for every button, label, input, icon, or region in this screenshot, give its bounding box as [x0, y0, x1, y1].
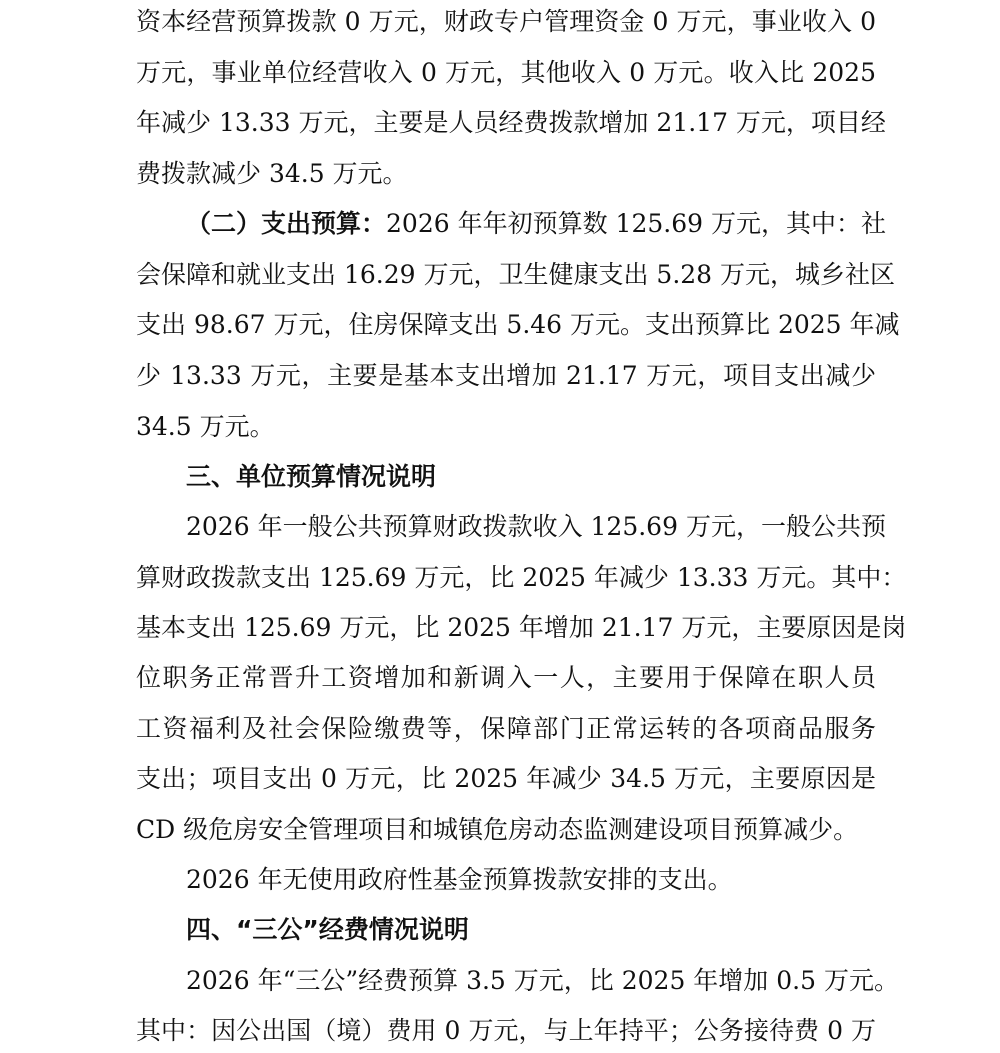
section-three-p1-line-1: 2026 年一般公共预算财政拨款收入 125.69 万元，一般公共预: [186, 505, 876, 549]
expenditure-paragraph-line-1: （二）支出预算：2026 年年初预算数 125.69 万元，其中：社: [186, 202, 876, 246]
section-three-heading: 三、单位预算情况说明: [186, 455, 876, 499]
expenditure-paragraph-line-5: 34.5 万元。: [136, 405, 876, 449]
section-three-p1-line-4: 位职务正常晋升工资增加和新调入一人，主要用于保障在职人员: [136, 656, 876, 700]
section-three-p1-line-6: 支出；项目支出 0 万元，比 2025 年减少 34.5 万元，主要原因是: [136, 757, 876, 801]
document-page: 资本经营预算拨款 0 万元，财政专户管理资金 0 万元，事业收入 0 万元，事业…: [0, 0, 1000, 1053]
income-paragraph-line-3: 年减少 13.33 万元，主要是人员经费拨款增加 21.17 万元，项目经: [136, 101, 876, 145]
expenditure-paragraph-line-4: 少 13.33 万元，主要是基本支出增加 21.17 万元，项目支出减少: [136, 354, 876, 398]
expenditure-lead-label: （二）支出预算：: [186, 209, 386, 238]
section-three-p1-line-5: 工资福利及社会保险缴费等，保障部门正常运转的各项商品服务: [136, 707, 876, 751]
income-paragraph-line-1: 资本经营预算拨款 0 万元，财政专户管理资金 0 万元，事业收入 0: [136, 0, 876, 44]
section-three-p1-line-3: 基本支出 125.69 万元，比 2025 年增加 21.17 万元，主要原因是…: [136, 606, 876, 650]
section-three-p1-line-7: CD 级危房安全管理项目和城镇危房动态监测建设项目预算减少。: [136, 808, 876, 852]
expenditure-paragraph-line-3: 支出 98.67 万元，住房保障支出 5.46 万元。支出预算比 2025 年减: [136, 303, 876, 347]
income-paragraph-line-2: 万元，事业单位经营收入 0 万元，其他收入 0 万元。收入比 2025: [136, 51, 876, 95]
section-four-p1-line-1: 2026 年“三公”经费预算 3.5 万元，比 2025 年增加 0.5 万元。: [186, 959, 876, 1003]
section-three-p2-line-1: 2026 年无使用政府性基金预算拨款安排的支出。: [186, 858, 876, 902]
section-four-p1-line-2: 其中：因公出国（境）费用 0 万元，与上年持平；公务接待费 0 万: [136, 1009, 876, 1053]
income-paragraph-line-4: 费拨款减少 34.5 万元。: [136, 152, 876, 196]
section-four-heading: 四、“三公”经费情况说明: [186, 908, 876, 952]
expenditure-paragraph-line-2: 会保障和就业支出 16.29 万元，卫生健康支出 5.28 万元，城乡社区: [136, 253, 876, 297]
expenditure-line-1-text: 2026 年年初预算数 125.69 万元，其中：社: [386, 209, 886, 238]
section-three-p1-line-2: 算财政拨款支出 125.69 万元，比 2025 年减少 13.33 万元。其中…: [136, 556, 876, 600]
